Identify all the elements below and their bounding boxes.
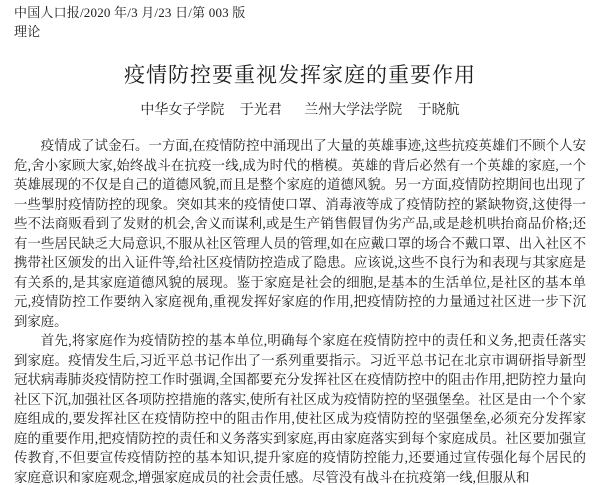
newspaper-page: 中国人口报/2020 年/3 月/23 日/第 003 版 理论 疫情防控要重视… <box>0 0 600 485</box>
author-affiliation-1: 中华女子学院 <box>140 103 224 118</box>
byline: 中华女子学院于光君兰州大学法学院于晓航 <box>14 102 586 119</box>
author-name-1: 于光君 <box>240 103 282 118</box>
publication-date-edition: 中国人口报/2020 年/3 月/23 日/第 003 版 <box>14 3 586 22</box>
section-label: 理论 <box>14 22 586 41</box>
paragraph-2: 首先,将家庭作为疫情防控的基本单位,明确每个家庭在疫情防控中的责任和义务,把责任… <box>14 331 586 485</box>
author-name-2: 于晓航 <box>418 103 460 118</box>
author-affiliation-2: 兰州大学法学院 <box>304 103 402 118</box>
article-body: 疫情成了试金石。一方面,在疫情防控中涌现出了大量的英雄事迹,这些抗疫英雄们不顾个… <box>14 136 586 485</box>
article-title: 疫情防控要重视发挥家庭的重要作用 <box>14 61 586 89</box>
header-meta: 中国人口报/2020 年/3 月/23 日/第 003 版 理论 <box>14 3 586 41</box>
paragraph-1: 疫情成了试金石。一方面,在疫情防控中涌现出了大量的英雄事迹,这些抗疫英雄们不顾个… <box>14 136 586 331</box>
